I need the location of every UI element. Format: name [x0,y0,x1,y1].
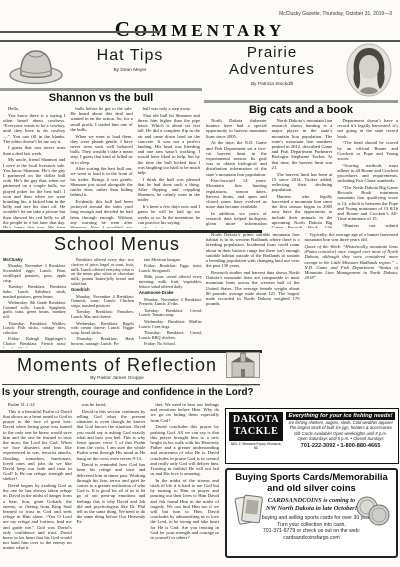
church-photo: McClusky Baptist Church [226,352,260,382]
body-paragraph: David begins by exalting God as the one … [3,483,72,551]
text-column: tato Mexican lasagna.Friday: Breakfast: … [139,258,202,348]
moments-rule [0,350,262,353]
text-column: Hello,You know there is a saying I often… [3,106,65,228]
body-paragraph: “Scoring methods must adhere to all Boon… [337,163,398,184]
moments-title: Moments of Reflection [0,355,234,376]
body-paragraph: Psalm 31:1-24 [3,402,72,407]
body-paragraph: When we went to load them, they were plu… [70,134,132,165]
section-banner-title: Commentary [0,17,400,42]
prairie-title-line1: Prairie [204,44,340,61]
body-paragraph: Thursday: Breakfast: Waffles; Lunch: Fis… [3,322,66,336]
body-paragraph: Monday, November 4 Breakfast: Pretzels; … [139,298,202,308]
moments-headline-rule [2,384,260,385]
body-paragraph: Hello, [3,106,65,111]
cards-ad-body-line3: 701-371-9779 or check us out on the web: [227,528,396,535]
columnist-portrait-photo [346,43,392,97]
body-paragraph: In addition, six years of research data … [206,211,267,228]
newspaper-page: McClusky Gazette, Thursday, October 31, … [0,0,400,567]
body-paragraph: Hunters who legally harvested a mountain… [272,194,333,228]
hat-tips-byline: By Dean Meyer [60,68,200,73]
hat-tips-headline: Shannon vs the bull [0,92,202,104]
text-column: bulls before he got to the sale. He hear… [70,106,132,228]
body-paragraph: Research studies and harvest data shows … [206,270,300,306]
menu-school-name: McClusky [3,258,66,263]
body-paragraph: North Dakota furbearer hunters have had … [206,118,267,139]
body-paragraph: It’s been a few days now and I guess he … [138,204,200,225]
body-paragraph: “The head should be scored by an officia… [337,140,398,161]
body-paragraph: Department doesn’t have a record it’s le… [337,118,398,139]
body-paragraph: North Dakota’s mountain lion research sh… [272,118,333,170]
cowboy-hat-icon [6,44,66,86]
hat-tips-header-rule [0,88,202,91]
moments-headline: Is your strength, courage and confidence… [2,387,258,398]
moments-byline: By Pastor James Groppe [0,376,234,381]
body-paragraph: Fast-forward 14 years: Mountain lion hun… [206,178,267,209]
school-menus-title: School Menus [0,234,234,255]
prairie-title: Prairie Adventures [204,44,340,78]
tackle-ad-headline: Everything for your ice fishing needs! [286,412,395,420]
sports-cards-image [233,492,267,526]
menu-school-name: Goodrich [71,288,134,293]
body-paragraph: David concludes this prayer by praising … [150,424,219,476]
text-column: bull was only a step away.That old bull … [138,106,200,228]
menu-school-name: Anamoose-Drake [139,291,202,296]
hat-tips-title: Hat Tips [60,47,200,65]
dakota-tackle-logo: DAKOTA TACKLE [229,412,283,441]
body-paragraph: Friday: No School. [139,342,202,347]
body-paragraph: David is reminded how God has been his r… [77,462,146,524]
body-paragraph: Tuesday: Breakfast: Pancakes; Lunch: Mac… [71,310,134,320]
hat-tips-body: Hello,You know there is a saying I often… [3,106,200,228]
text-column: McCluskyMonday, November 4 Breakfast: Sc… [3,258,66,348]
cards-ad-body-line4: cardsandcoinsfargo.com [227,535,396,542]
text-column: Breakfast offered every day: two choices… [71,258,134,348]
tackle-logo-line2: TACKLE [229,426,283,438]
body-paragraph: Breakfast offered every day: two choices… [71,258,134,287]
moments-body: Psalm 31:1-24This is a beautiful Psalm o… [3,402,219,562]
masthead-rule-full [0,40,400,42]
body-paragraph: Thursday: Breakfast: Cereal; Lunch: BBQ … [139,331,202,341]
tackle-ad-line4: Open Saturdays until 5 p.m. • Closed Sun… [286,436,395,441]
body-paragraph: Evidently this bull had been jockeyed ar… [70,199,132,228]
tackle-logo-line1: DAKOTA [229,414,283,426]
prairie-header-rule [204,100,398,103]
text-column: North Dakota furbearer hunters have had … [206,118,267,228]
body-paragraph: was he faced. [77,402,146,407]
body-paragraph: Monday, November 4 Breakfast: Oatmeal, t… [71,295,134,309]
body-paragraph: You know there is a saying I often heard… [3,113,65,144]
text-column: Psalm 31:1-24This is a beautiful Psalm o… [3,402,72,562]
tackle-address: 3801 E. Bismarck Expwy, Bismarck, ND [229,443,283,451]
body-paragraph: The harvest limit has been at 15 since 2… [272,172,333,193]
body-paragraph: Wednesday: 8th Grade Breakfast: Caramel … [3,301,66,320]
body-paragraph: Tuesday: Breakfast: Breakfast bake; Lunc… [3,285,66,299]
text-column: Department doesn’t have a record it’s le… [337,118,398,228]
prairie-title-line2: Adventures [204,61,340,78]
body-paragraph: Wednesday: Breakfast: Bagels with cream … [71,322,134,336]
school-menus-body: McCluskyMonday, November 4 Breakfast: Sc… [3,258,202,348]
body-paragraph: “Hunters can submit qualifying entries t… [337,223,398,228]
body-paragraph: ther. We need to bear our feelings and e… [150,402,219,423]
prairie-byline: By Patricia Stockdill [204,82,340,87]
masthead-rule-left [0,31,160,33]
silver-coins-image [354,494,392,528]
tackle-ad-content: Everything for your ice fishing needs! I… [286,412,395,461]
body-paragraph: Friday: Raleigh Ripplinger’s Choice: Bre… [3,337,66,348]
text-column: was he faced.David in this section conti… [77,402,146,562]
body-paragraph: At the time, the N.D. Game and Fish Depa… [206,140,267,176]
body-paragraph: Tuesday: Breakfast: Cereal; Lunch: Tomat… [139,309,202,319]
body-paragraph: After sorting the best bull out, we went… [70,166,132,197]
body-paragraph: bulls before he got to the sale. He hear… [70,106,132,132]
body-paragraph: That old bull hit Shannon and threw him … [138,113,200,175]
body-paragraph: bull was only a step away. [138,106,200,111]
body-paragraph: Typically, the average age of a hunter h… [305,232,399,242]
body-paragraph: I guess that was never truer than a deal… [3,145,65,155]
body-paragraph: Quote of the Week: “Historically, mounta… [305,244,399,280]
body-paragraph: Friday: Breakfast: Eggs, toast; Lunch: S… [139,264,202,274]
body-paragraph: I think the bull was pleased that he had… [138,177,200,203]
body-paragraph: My uncle, friend Shannon and I were at t… [3,157,65,228]
body-paragraph: Wednesday: Breakfast: Muffin; Lunch: Cor… [139,320,202,330]
body-paragraph: This is a beautiful Psalm of David that … [3,409,72,482]
text-column: Typically, the average age of a hunter h… [305,232,399,382]
prairie-headline: Big cats and a book [204,104,398,116]
body-paragraph: Monday, November 4 Breakfast: Scrambled … [3,264,66,283]
body-paragraph: “The North Dakota Big Game Records Book … [337,185,398,221]
body-paragraph: tato Mexican lasagna. [139,258,202,263]
body-paragraph: David in this section continues by telli… [77,409,146,461]
text-column: ther. We need to bear our feelings and e… [150,402,219,562]
cards-ad-headline-line1: Buying Sports Cards/Memorabilia [227,473,396,484]
sports-cards-ad: Buying Sports Cards/Memorabilia and old … [225,468,398,558]
dakota-tackle-ad: DAKOTA TACKLE 3801 E. Bismarck Expwy, Bi… [225,408,399,464]
text-column: North Dakota’s mountain lion research sh… [272,118,333,228]
body-paragraph: In the midst of the storms and trials of… [150,478,219,540]
body-paragraph: Thursday: Breakfast: Hash browns, sausag… [71,337,134,347]
tackle-ad-phone: 701-222-3092 • 1-800-880-4665 [286,443,395,449]
body-paragraph: North Dakota’s prime suitable mountain l… [206,232,300,268]
body-paragraph: Milk, juice, cereal offered every mornin… [139,275,202,289]
prairie-body-top: North Dakota furbearer hunters have had … [206,118,398,228]
body-paragraph: “Everybody wants to be a cowboy. Until t… [138,226,200,228]
